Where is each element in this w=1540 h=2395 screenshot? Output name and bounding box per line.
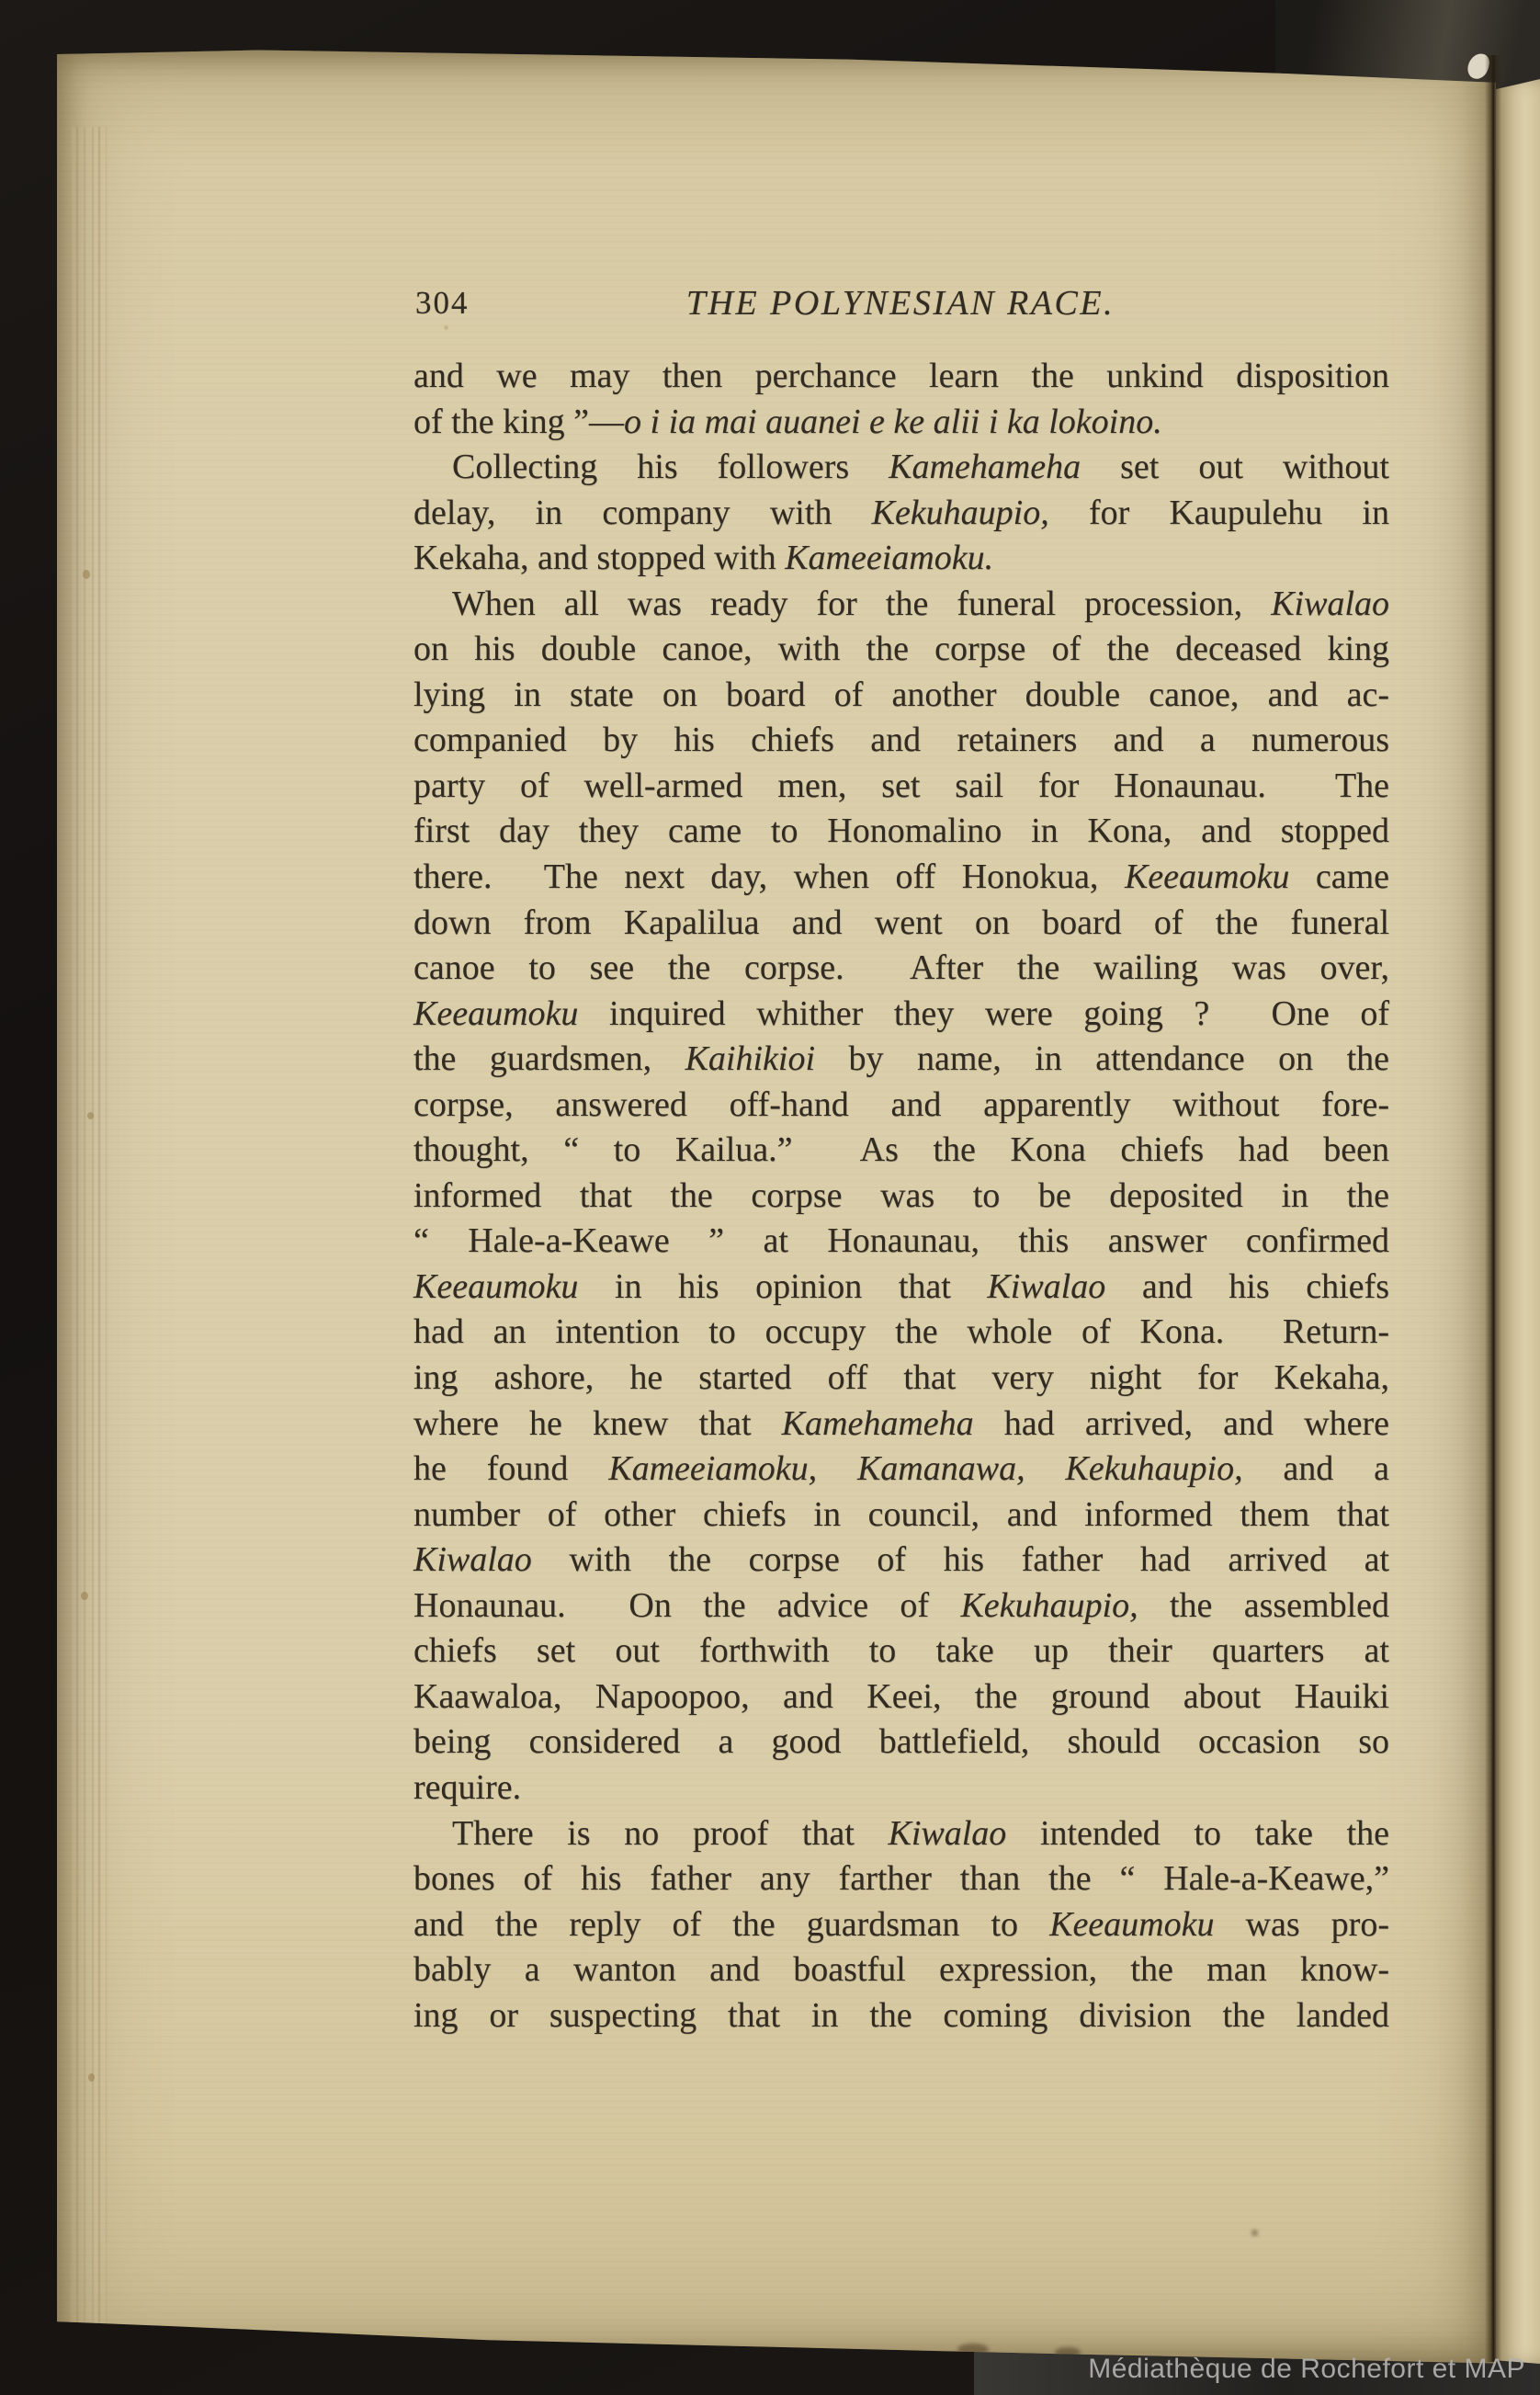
text-line: of the king ”—o i ia mai auanei e ke ali… [413,400,1389,446]
text-line: on his double canoe, with the corpse of … [413,627,1389,673]
text-line: Honaunau. On the advice of Kekuhaupio, t… [413,1583,1389,1629]
text-line: Kaawaloa, Napoopoo, and Keei, the ground… [413,1674,1389,1720]
adjacent-page-edge [1496,79,1540,2364]
page-gutter-shadow [1485,55,1501,2362]
text-line: Keeaumoku inquired whither they were goi… [413,992,1389,1038]
text-line: thought, “ to Kailua.” As the Kona chief… [413,1128,1389,1174]
book-page: 304 THE POLYNESIAN RACE. and we may then… [57,48,1496,2366]
running-title: THE POLYNESIAN RACE. [413,283,1387,323]
text-line: there. The next day, when off Honokua, K… [413,855,1389,901]
text-line: he found Kameeiamoku, Kamanawa, Kekuhaup… [413,1447,1389,1493]
foxing-spot [83,570,90,579]
text-line: Kekaha, and stopped with Kameeiamoku. [413,536,1389,582]
text-line: ing ashore, he started off that very nig… [413,1356,1389,1402]
text-line: require. [413,1765,1389,1811]
foxing-spot [87,1112,94,1119]
text-line: chiefs set out forthwith to take up thei… [413,1629,1389,1674]
text-line: When all was ready for the funeral proce… [413,582,1389,628]
text-line: There is no proof that Kiwalao intended … [413,1811,1389,1857]
text-line: lying in state on board of another doubl… [413,673,1389,719]
text-line: corpse, answered off-hand and apparently… [413,1083,1389,1129]
text-line: down from Kapalilua and went on board of… [413,901,1389,947]
scanned-book-photo: 304 THE POLYNESIAN RACE. and we may then… [0,0,1540,2395]
text-line: delay, in company with Kekuhaupio, for K… [413,491,1389,537]
text-line: number of other chiefs in council, and i… [413,1493,1389,1538]
text-line: canoe to see the corpse. After the waili… [413,946,1389,992]
library-watermark: Médiathèque de Rochefort et MAP [1088,2351,1525,2388]
page-stack-edges [70,127,107,2362]
text-line: companied by his chiefs and retainers an… [413,718,1389,764]
text-line: where he knew that Kamehameha had arrive… [413,1402,1389,1447]
text-line: informed that the corpse was to be depos… [413,1174,1389,1220]
page-header: 304 THE POLYNESIAN RACE. [413,274,1387,329]
text-line: the guardsmen, Kaihikioi by name, in att… [413,1037,1389,1083]
text-line: bones of his father any farther than the… [413,1856,1389,1902]
foxing-spot [81,1592,88,1600]
text-line: Keeaumoku in his opinion that Kiwalao an… [413,1265,1389,1311]
text-line: ing or suspecting that in the coming div… [413,1993,1389,2039]
text-line: had an intention to occupy the whole of … [413,1310,1389,1356]
text-line: being considered a good battlefield, sho… [413,1720,1389,1765]
text-line: first day they came to Honomalino in Kon… [413,809,1389,855]
text-line: “ Hale-a-Keawe ” at Honaunau, this answe… [413,1219,1389,1265]
text-line: Kiwalao with the corpse of his father ha… [413,1538,1389,1583]
text-line: and the reply of the guardsman to Keeaum… [413,1902,1389,1948]
text-line: and we may then perchance learn the unki… [413,354,1389,400]
body-text: and we may then perchance learn the unki… [413,354,1389,2038]
foxing-spot [88,2073,95,2082]
text-line: Collecting his followers Kamehameha set … [413,445,1389,491]
stain [1251,2230,1258,2236]
text-line: party of well-armed men, set sail for Ho… [413,764,1389,810]
text-line: bably a wanton and boastful expression, … [413,1947,1389,1993]
